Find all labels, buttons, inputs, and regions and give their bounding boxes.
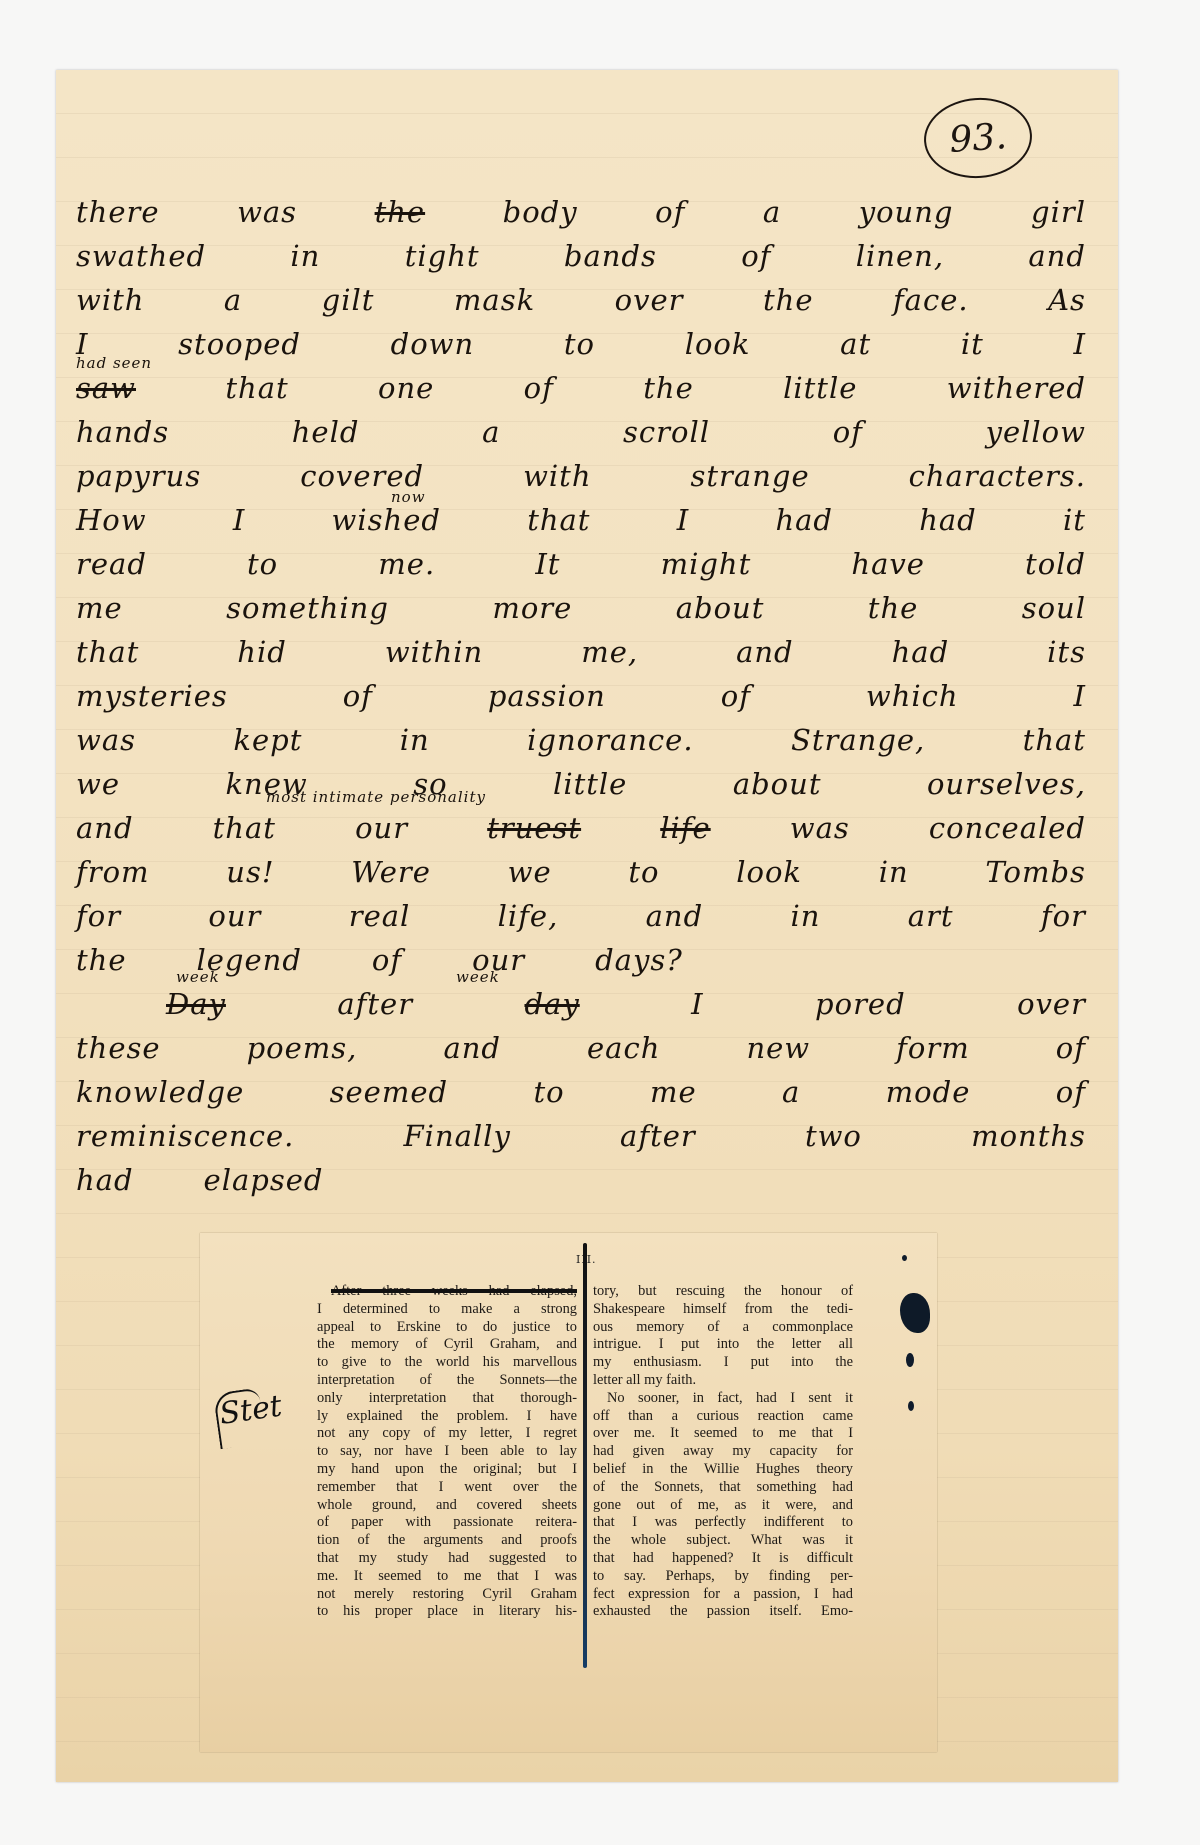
handwritten-word: I	[233, 498, 245, 542]
handwritten-line: thesepoems,andeachnewformof	[76, 1026, 1086, 1070]
clipping-line: fect expression for a passion, I had	[593, 1586, 853, 1604]
clipping-line: to give to the world his marvellous	[317, 1354, 577, 1372]
handwritten-line: forourreallife,andinartfor	[76, 894, 1086, 938]
handwritten-word: life,	[498, 894, 559, 938]
clipping-line: After three weeks had elapsed,	[317, 1283, 577, 1301]
handwritten-word: Day	[166, 982, 226, 1026]
handwritten-word: the	[375, 190, 426, 234]
handwritten-line: knowledgeseemedtomeamodeof	[76, 1070, 1086, 1114]
clipping-line: No sooner, in fact, had I sent it	[593, 1390, 853, 1408]
handwritten-word: our	[355, 806, 408, 850]
handwritten-word: I	[1073, 322, 1085, 366]
handwritten-word: read	[76, 542, 147, 586]
handwritten-word: for	[1041, 894, 1086, 938]
handwritten-word: was	[790, 806, 850, 850]
handwritten-word: in	[290, 234, 320, 278]
handwritten-word: a	[763, 190, 781, 234]
clipping-left-column: After three weeks had elapsed,I determin…	[317, 1283, 577, 1621]
clipping-line: ous memory of a commonplace	[593, 1319, 853, 1337]
clipping-line: only interpretation that thorough-	[317, 1390, 577, 1408]
handwritten-word: and	[736, 630, 794, 674]
handwritten-line: IstoopeddowntolookatitI	[76, 322, 1086, 366]
clipping-line: to say. Perhaps, by finding per-	[593, 1568, 853, 1586]
handwritten-word: two	[805, 1114, 862, 1158]
handwritten-word: it	[1063, 498, 1086, 542]
handwritten-word: might	[661, 542, 752, 586]
handwritten-line: readtome.Itmighthavetold	[76, 542, 1086, 586]
handwritten-word: to	[564, 322, 595, 366]
handwritten-word: ourselves,	[927, 762, 1086, 806]
handwritten-word: reminiscence.	[76, 1114, 294, 1158]
handwritten-line: DayafterdayIporedover	[76, 982, 1086, 1026]
handwritten-word: the	[763, 278, 814, 322]
handwritten-word: which	[866, 674, 959, 718]
handwritten-word: of	[655, 190, 685, 234]
handwritten-word: hands	[76, 410, 169, 454]
handwritten-word: art	[908, 894, 954, 938]
handwritten-line: reminiscence.Finallyaftertwomonths	[76, 1114, 1086, 1158]
clipping-line: my hand upon the original; but I	[317, 1461, 577, 1479]
handwritten-line: hadelapsed	[76, 1158, 1086, 1202]
handwritten-word: face.	[893, 278, 969, 322]
handwritten-word: I	[691, 982, 703, 1026]
clipping-line: that I was perfectly indifferent to	[593, 1514, 853, 1532]
handwritten-line: therewasthebodyofayounggirl	[76, 190, 1086, 234]
handwritten-word: we	[508, 850, 552, 894]
handwritten-word: me	[76, 586, 123, 630]
handwritten-word: mysteries	[76, 674, 228, 718]
clipping-line: letter all my faith.	[593, 1372, 853, 1390]
clipping-line: the memory of Cyril Graham, and	[317, 1336, 577, 1354]
handwritten-word: body	[503, 190, 578, 234]
interlinear-insertion: had seen	[76, 356, 152, 371]
clipping-line: remember that I went over the	[317, 1479, 577, 1497]
handwritten-text: therewasthebodyofayounggirlswathedintigh…	[76, 190, 1086, 1202]
clipping-line: me. It seemed to me that I was	[317, 1568, 577, 1586]
handwritten-word: that	[527, 498, 590, 542]
clipping-line: that had happened? It is difficult	[593, 1550, 853, 1568]
handwritten-line: thelegendofourdays?	[76, 938, 1086, 982]
handwritten-word: months	[971, 1114, 1086, 1158]
handwritten-word: its	[1047, 630, 1086, 674]
handwritten-word: I	[677, 498, 689, 542]
clipping-line: of the Sonnets, that something had	[593, 1479, 853, 1497]
handwritten-word: concealed	[929, 806, 1086, 850]
handwritten-word: had	[76, 1158, 134, 1202]
handwritten-line: handsheldascrollofyellow	[76, 410, 1086, 454]
folio-number-text: 93.	[948, 116, 1008, 161]
handwritten-word: saw	[76, 366, 136, 410]
handwritten-word: hid	[237, 630, 287, 674]
handwritten-word: with	[523, 454, 591, 498]
handwritten-line: thathidwithinme,andhadits	[76, 630, 1086, 674]
handwritten-word: down	[391, 322, 475, 366]
clipping-line: belief in the Willie Hughes theory	[593, 1461, 853, 1479]
handwritten-word: girl	[1031, 190, 1086, 234]
clipping-line: tory, but rescuing the honour of	[593, 1283, 853, 1301]
handwritten-word: me.	[378, 542, 435, 586]
handwritten-word: in	[400, 718, 430, 762]
handwritten-word: papyrus	[76, 454, 201, 498]
handwritten-word: a	[224, 278, 242, 322]
handwritten-word: of	[833, 410, 863, 454]
handwritten-word: me	[650, 1070, 697, 1114]
column-divider-ink-line	[583, 1243, 587, 1668]
clipping-line: of paper with passionate reitera-	[317, 1514, 577, 1532]
handwritten-word: the	[868, 586, 919, 630]
handwritten-word: in	[879, 850, 909, 894]
clipping-line: off than a curious reaction came	[593, 1408, 853, 1426]
handwritten-word: of	[343, 674, 373, 718]
handwritten-word: strange	[691, 454, 810, 498]
handwritten-word: of	[1056, 1070, 1086, 1114]
handwritten-word: truest	[487, 806, 581, 850]
handwritten-line: andthatourtruestlifewasconcealed	[76, 806, 1086, 850]
handwritten-word: one	[378, 366, 434, 410]
handwritten-word: elapsed	[204, 1158, 324, 1202]
handwritten-word: more	[492, 586, 572, 630]
handwritten-word: yellow	[986, 410, 1086, 454]
handwritten-word: scroll	[623, 410, 710, 454]
handwritten-word: was	[237, 190, 297, 234]
handwritten-word: linen,	[856, 234, 944, 278]
handwritten-word: held	[292, 410, 360, 454]
handwritten-word: after	[620, 1114, 696, 1158]
clipping-line: the whole subject. What was it	[593, 1532, 853, 1550]
handwritten-word: ignorance.	[527, 718, 693, 762]
handwritten-word: of	[524, 366, 554, 410]
handwritten-line: mysteriesofpassionofwhichI	[76, 674, 1086, 718]
clipping-line: my enthusiasm. I put into the	[593, 1354, 853, 1372]
handwritten-word: bands	[564, 234, 657, 278]
handwritten-word: with	[76, 278, 144, 322]
handwritten-word: and	[443, 1026, 501, 1070]
handwritten-word: had	[775, 498, 833, 542]
handwritten-word: mask	[454, 278, 535, 322]
handwritten-word: it	[961, 322, 984, 366]
handwritten-word: little	[783, 366, 857, 410]
handwritten-word: over	[615, 278, 684, 322]
handwritten-word: in	[791, 894, 821, 938]
interlinear-insertion: now	[391, 490, 426, 505]
clipping-line: to say, nor have I been able to lay	[317, 1443, 577, 1461]
handwritten-word: about	[676, 586, 765, 630]
handwritten-word: mode	[886, 1070, 971, 1114]
clipping-line: I determined to make a strong	[317, 1301, 577, 1319]
margin-note-stet: Stet	[217, 1389, 282, 1466]
handwritten-word: from	[76, 850, 150, 894]
handwritten-word: to	[533, 1070, 564, 1114]
handwritten-word: real	[349, 894, 411, 938]
handwritten-word: young	[859, 190, 954, 234]
handwritten-line: mesomethingmoreaboutthesoul	[76, 586, 1086, 630]
handwritten-word: of	[721, 674, 751, 718]
interlinear-insertion: week	[456, 970, 500, 985]
clipping-line: Shakespeare himself from the tedi-	[593, 1301, 853, 1319]
handwritten-word: something	[226, 586, 389, 630]
handwritten-word: a	[782, 1070, 800, 1114]
interlinear-insertion: week	[176, 970, 220, 985]
handwritten-word: little	[553, 762, 627, 806]
handwritten-word: Strange,	[791, 718, 925, 762]
handwritten-word: us!	[226, 850, 274, 894]
handwritten-word: Were	[351, 850, 431, 894]
handwritten-word: swathed	[76, 234, 206, 278]
handwritten-word: about	[733, 762, 822, 806]
handwritten-word: these	[76, 1026, 161, 1070]
handwritten-word: over	[1017, 982, 1086, 1026]
handwritten-word: that	[225, 366, 288, 410]
handwritten-word: of	[741, 234, 771, 278]
handwritten-word: that	[213, 806, 276, 850]
handwritten-word: day	[524, 982, 579, 1026]
handwritten-word: Finally	[404, 1114, 511, 1158]
handwritten-word: there	[76, 190, 160, 234]
folio-number: 93.	[921, 94, 1034, 181]
handwritten-word: It	[535, 542, 560, 586]
handwritten-word: kept	[233, 718, 302, 762]
clipping-line: over me. It seemed to me that I	[593, 1425, 853, 1443]
handwritten-line: withagiltmaskovertheface.As	[76, 278, 1086, 322]
handwritten-word: knowledge	[76, 1070, 244, 1114]
handwritten-word: tight	[405, 234, 480, 278]
ink-spot	[906, 1353, 914, 1367]
handwritten-line: waskeptinignorance.Strange,that	[76, 718, 1086, 762]
handwritten-word: As	[1048, 278, 1086, 322]
handwritten-word: to	[628, 850, 659, 894]
handwritten-word: for	[76, 894, 121, 938]
clipping-line: exhausted the passion itself. Emo-	[593, 1603, 853, 1621]
handwritten-word: had	[919, 498, 977, 542]
handwritten-word: the	[76, 938, 127, 982]
handwritten-word: poems,	[247, 1026, 358, 1070]
clipping-line: gone out of me, as it were, and	[593, 1497, 853, 1515]
clipping-line: tion of the arguments and proofs	[317, 1532, 577, 1550]
handwritten-word: and	[646, 894, 704, 938]
clipping-line: ly explained the problem. I have	[317, 1408, 577, 1426]
clipping-line: interpretation of the Sonnets—the	[317, 1372, 577, 1390]
clipping-line: to his proper place in literary his-	[317, 1603, 577, 1621]
handwritten-line: papyruscoveredwithstrangecharacters.	[76, 454, 1086, 498]
handwritten-line: sawthatoneofthelittlewithered	[76, 366, 1086, 410]
handwritten-word: passion	[488, 674, 606, 718]
handwritten-line: fromus!WerewetolookinTombs	[76, 850, 1086, 894]
handwritten-word: new	[746, 1026, 810, 1070]
clipping-line: that my study had suggested to	[317, 1550, 577, 1568]
clipping-line: whole ground, and covered sheets	[317, 1497, 577, 1515]
ink-blot	[900, 1293, 930, 1333]
handwritten-word: seemed	[330, 1070, 448, 1114]
handwritten-line: weknewsolittleaboutourselves,	[76, 762, 1086, 806]
handwritten-word: gilt	[322, 278, 375, 322]
handwritten-line: swathedintightbandsoflinen,and	[76, 234, 1086, 278]
handwritten-word: at	[840, 322, 871, 366]
handwritten-word: days?	[595, 938, 683, 982]
interlinear-insertion: most intimate personality	[266, 790, 486, 805]
handwritten-word: soul	[1022, 586, 1086, 630]
handwritten-word: that	[76, 630, 139, 674]
printed-clipping: III. Stet After three weeks had elapsed,…	[200, 1233, 937, 1752]
clipping-line: not any copy of my letter, I regret	[317, 1425, 577, 1443]
clipping-line: appeal to Erskine to do justice to	[317, 1319, 577, 1337]
handwritten-word: told	[1025, 542, 1086, 586]
clipping-line: not merely restoring Cyril Graham	[317, 1586, 577, 1604]
handwritten-word: our	[208, 894, 261, 938]
handwritten-word: me,	[581, 630, 638, 674]
clipping-line: intrigue. I put into the letter all	[593, 1336, 853, 1354]
handwritten-word: of	[1056, 1026, 1086, 1070]
handwritten-word: have	[851, 542, 925, 586]
handwritten-word: form	[896, 1026, 970, 1070]
handwritten-word: Tombs	[985, 850, 1086, 894]
handwritten-word: the	[643, 366, 694, 410]
ink-spot	[908, 1401, 914, 1411]
handwritten-word: look	[685, 322, 751, 366]
clipping-line: had given away my capacity for	[593, 1443, 853, 1461]
handwritten-word: within	[385, 630, 483, 674]
manuscript-page: 93. therewasthebodyofayounggirlswathedin…	[56, 70, 1118, 1782]
handwritten-word: and	[76, 806, 134, 850]
handwritten-word: each	[587, 1026, 660, 1070]
handwritten-word: look	[736, 850, 802, 894]
handwritten-line: HowIwishedthatIhadhadit	[76, 498, 1086, 542]
handwritten-word: and	[1028, 234, 1086, 278]
handwritten-word: to	[247, 542, 278, 586]
handwritten-word: was	[76, 718, 136, 762]
handwritten-word: How	[76, 498, 147, 542]
clipping-right-column: tory, but rescuing the honour ofShakespe…	[593, 1283, 853, 1621]
handwritten-word: of	[372, 938, 402, 982]
handwritten-word: pored	[815, 982, 906, 1026]
handwritten-word: had	[892, 630, 950, 674]
handwritten-word: characters.	[909, 454, 1086, 498]
ink-spot	[902, 1255, 907, 1261]
handwritten-word: I	[1074, 674, 1086, 718]
handwritten-word: life	[660, 806, 710, 850]
handwritten-word: that	[1023, 718, 1086, 762]
handwritten-word: a	[482, 410, 500, 454]
handwritten-word: withered	[947, 366, 1086, 410]
handwritten-word: after	[337, 982, 413, 1026]
handwritten-word: stooped	[178, 322, 301, 366]
handwritten-word: we	[76, 762, 120, 806]
